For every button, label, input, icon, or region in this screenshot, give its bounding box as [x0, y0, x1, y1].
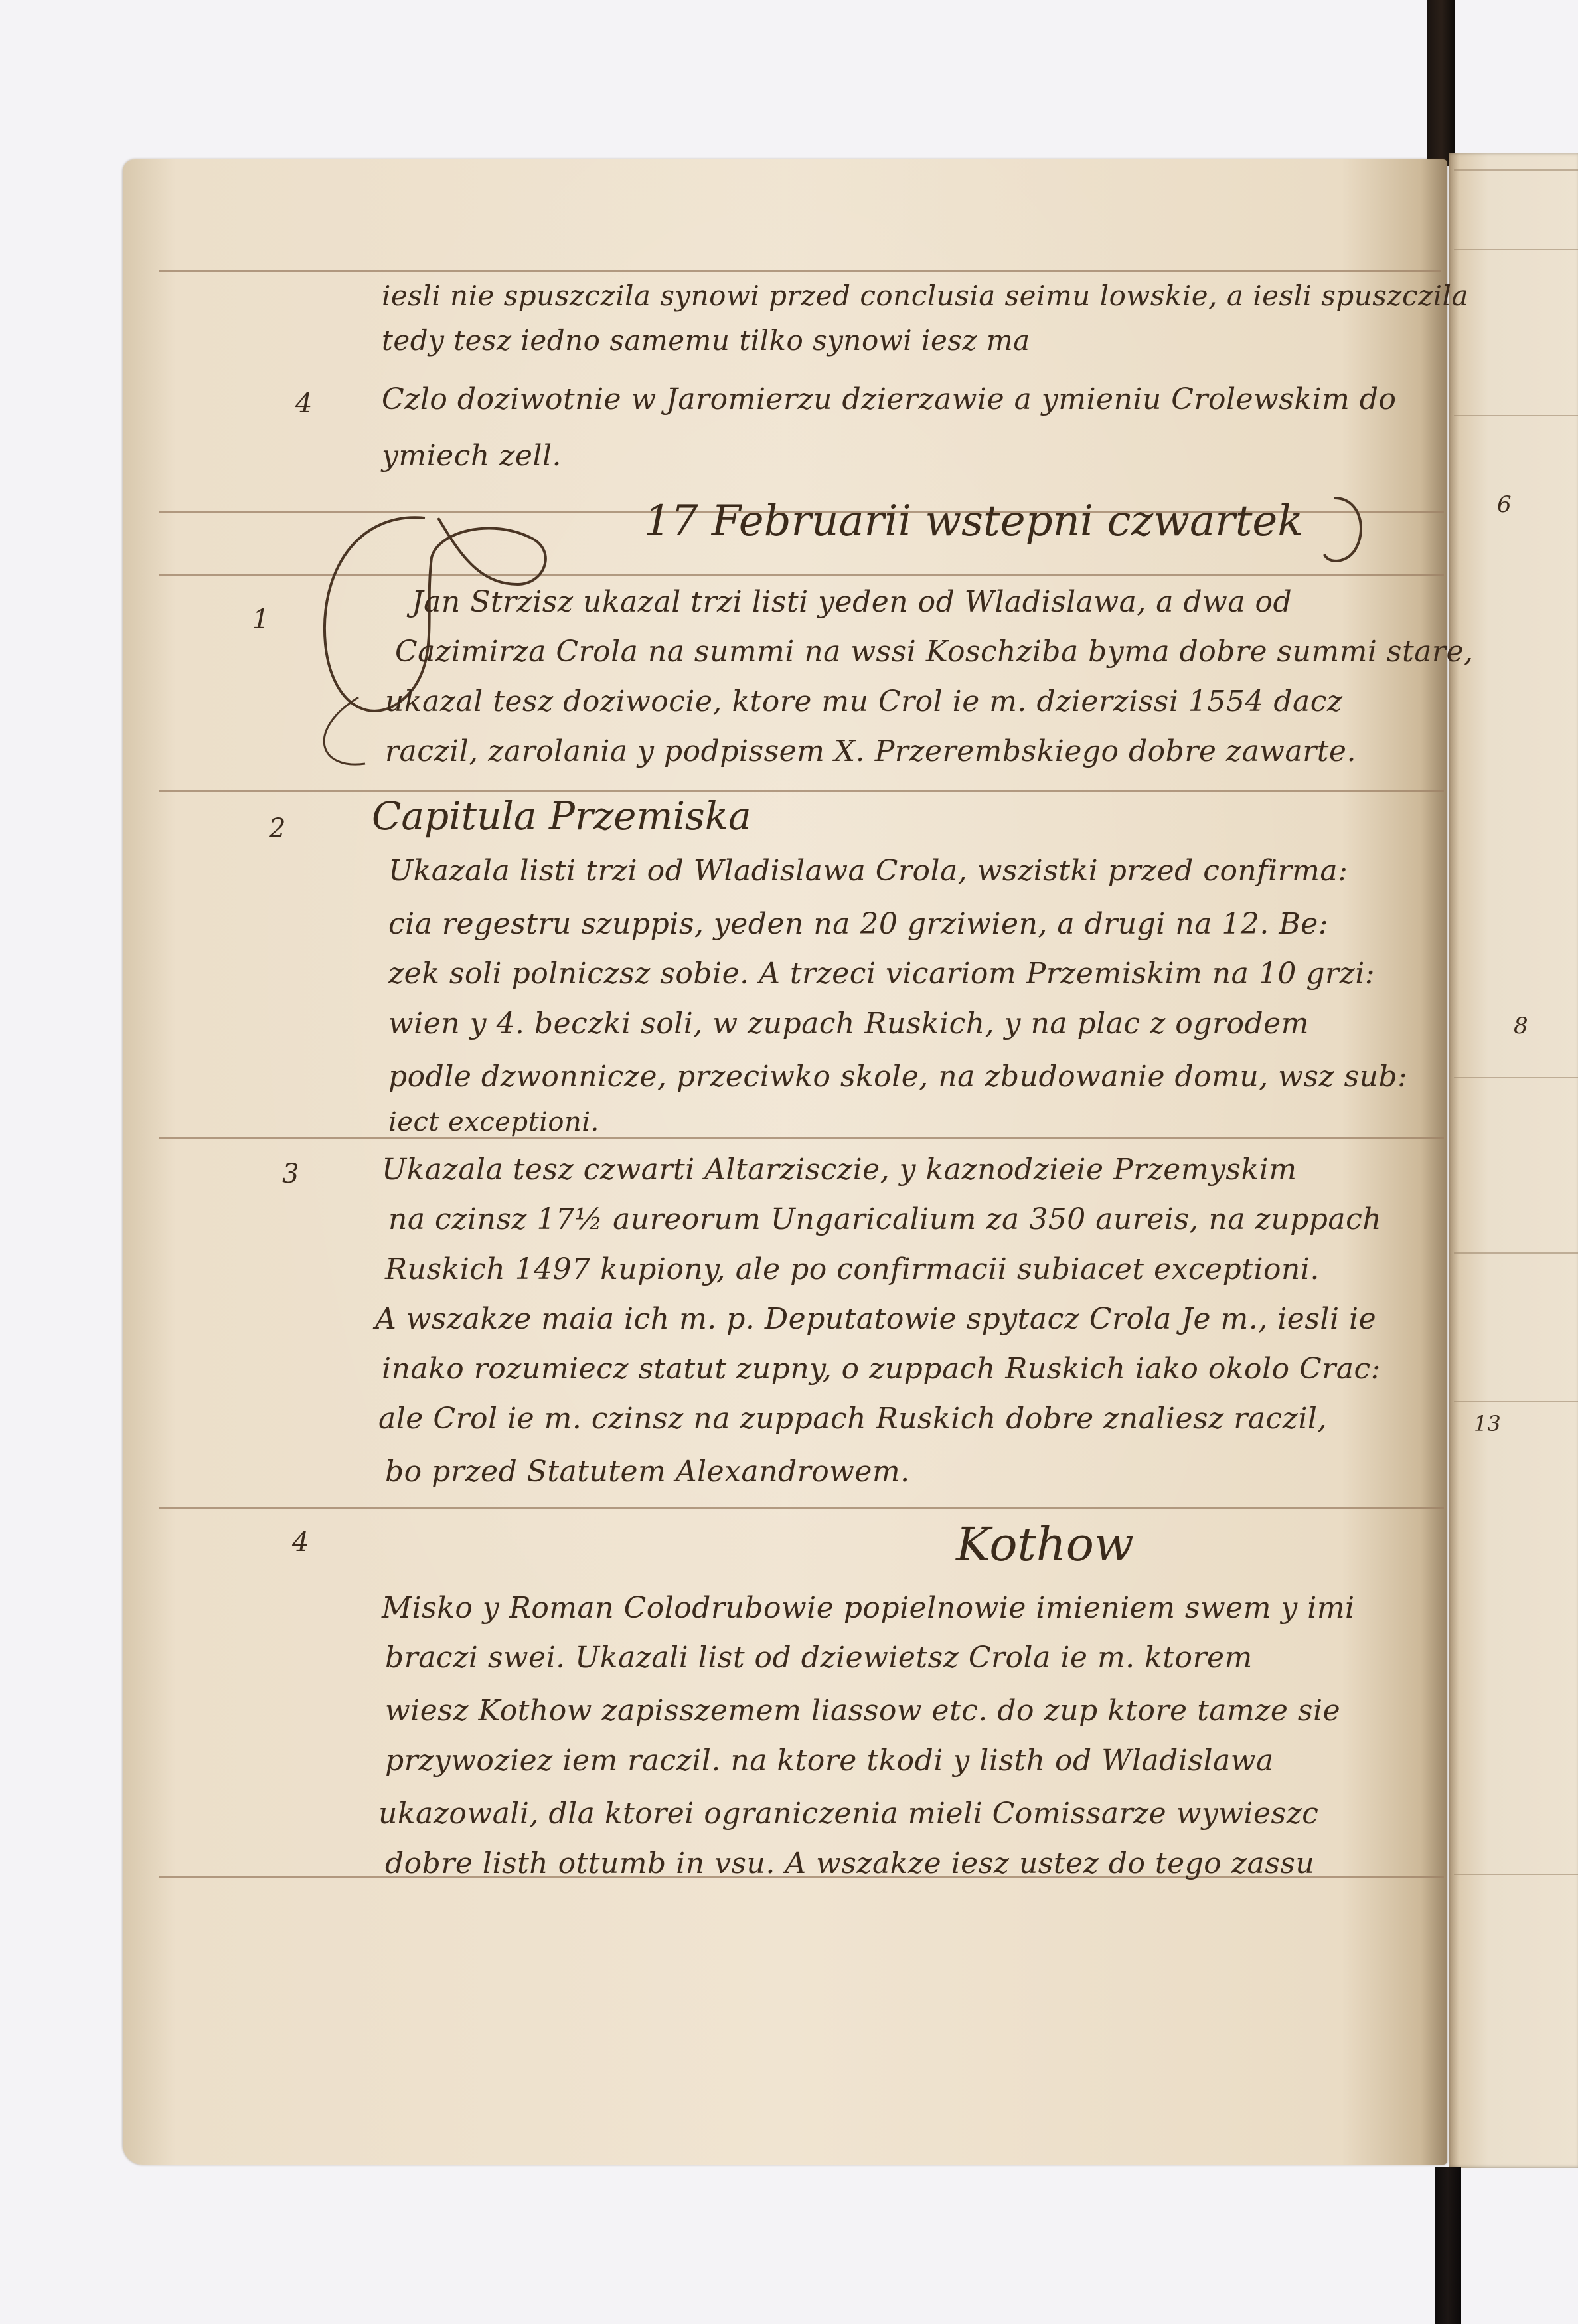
text-line: bo przed Statutem Alexandrowem.: [385, 1457, 910, 1487]
text-line: cia regestru szuppis, yeden na 20 grziwi…: [388, 910, 1328, 939]
facing-page-edge: [1449, 153, 1578, 2168]
ruled-line: [159, 790, 1444, 792]
binding-strap-top: [1427, 0, 1455, 166]
text-line: Jan Strzisz ukazal trzi listi yeden od W…: [412, 588, 1292, 617]
facing-margin-number: 6: [1497, 491, 1512, 518]
margin-number: 4: [295, 388, 312, 419]
ruled-line: [159, 1137, 1444, 1139]
text-line: inako rozumiecz statut zupny, o zuppach …: [382, 1355, 1381, 1384]
text-line: Ukazala listi trzi od Wladislawa Crola, …: [388, 857, 1348, 886]
ruled-line: [159, 270, 1441, 272]
text-line: Ruskich 1497 kupiony, ale po confirmacii…: [385, 1255, 1320, 1284]
text-line: Cazimirza Crola na summi na wssi Koschzi…: [395, 637, 1473, 667]
facing-ruled-line: [1454, 169, 1578, 171]
facing-ruled-line: [1454, 1401, 1578, 1402]
text-line: raczil, zarolania y podpissem X. Przerem…: [385, 737, 1356, 766]
text-line: ale Crol ie m. czinsz na zuppach Ruskich…: [378, 1404, 1327, 1434]
text-line: wien y 4. beczki soli, w zupach Ruskich,…: [388, 1009, 1309, 1038]
text-line: zek soli polniczsz sobie. A trzeci vicar…: [388, 959, 1375, 989]
binding-strap-bottom: [1435, 2167, 1461, 2324]
text-line: Ukazala tesz czwarti Altarzisczie, y kaz…: [382, 1155, 1297, 1185]
facing-margin-number: 13: [1474, 1411, 1501, 1436]
section-title: Kothow: [956, 1517, 1134, 1572]
text-line: dobre listh ottumb in vsu. A wszakze ies…: [385, 1849, 1314, 1878]
text-line: Misko y Roman Colodrubowie popielnowie i…: [382, 1594, 1355, 1623]
facing-ruled-line: [1454, 249, 1578, 250]
text-line: podle dzwonnicze, przeciwko skole, na zb…: [388, 1062, 1408, 1092]
date-heading: 17 Februarii wstepni czwartek: [644, 497, 1303, 546]
ruled-line: [159, 574, 1444, 576]
facing-ruled-line: [1454, 1874, 1578, 1875]
margin-number: 3: [282, 1159, 299, 1189]
facing-margin-number: 8: [1514, 1013, 1528, 1039]
text-line: Czlo doziwotnie w Jaromierzu dzierzawie …: [382, 385, 1396, 414]
text-line: iesli nie spuszczila synowi przed conclu…: [382, 282, 1468, 310]
facing-ruled-line: [1454, 415, 1578, 416]
text-line: ukazal tesz doziwocie, ktore mu Crol ie …: [385, 687, 1343, 716]
margin-number: 4: [292, 1527, 309, 1558]
text-line: iect exceptioni.: [388, 1109, 599, 1135]
text-line: przywoziez iem raczil. na ktore tkodi y …: [385, 1746, 1274, 1776]
facing-ruled-line: [1454, 1252, 1578, 1254]
section-title: Capitula Przemiska: [372, 793, 751, 839]
margin-number: 1: [252, 604, 269, 635]
ruled-line: [159, 1507, 1444, 1509]
text-line: ymiech zell.: [382, 442, 562, 471]
text-line: wiesz Kothow zapisszemem liassow etc. do…: [385, 1697, 1340, 1726]
text-line: braczi swei. Ukazali list od dziewietsz …: [385, 1643, 1253, 1673]
text-line: A wszakze maia ich m. p. Deputatowie spy…: [375, 1305, 1376, 1334]
text-line: na czinsz 17½ aureorum Ungaricalium za 3…: [388, 1205, 1381, 1234]
margin-number: 2: [269, 813, 285, 844]
facing-ruled-line: [1454, 1077, 1578, 1078]
text-line: ukazowali, dla ktorei ograniczenia mieli…: [378, 1799, 1318, 1829]
text-line: tedy tesz iedno samemu tilko synowi iesz…: [382, 327, 1030, 355]
